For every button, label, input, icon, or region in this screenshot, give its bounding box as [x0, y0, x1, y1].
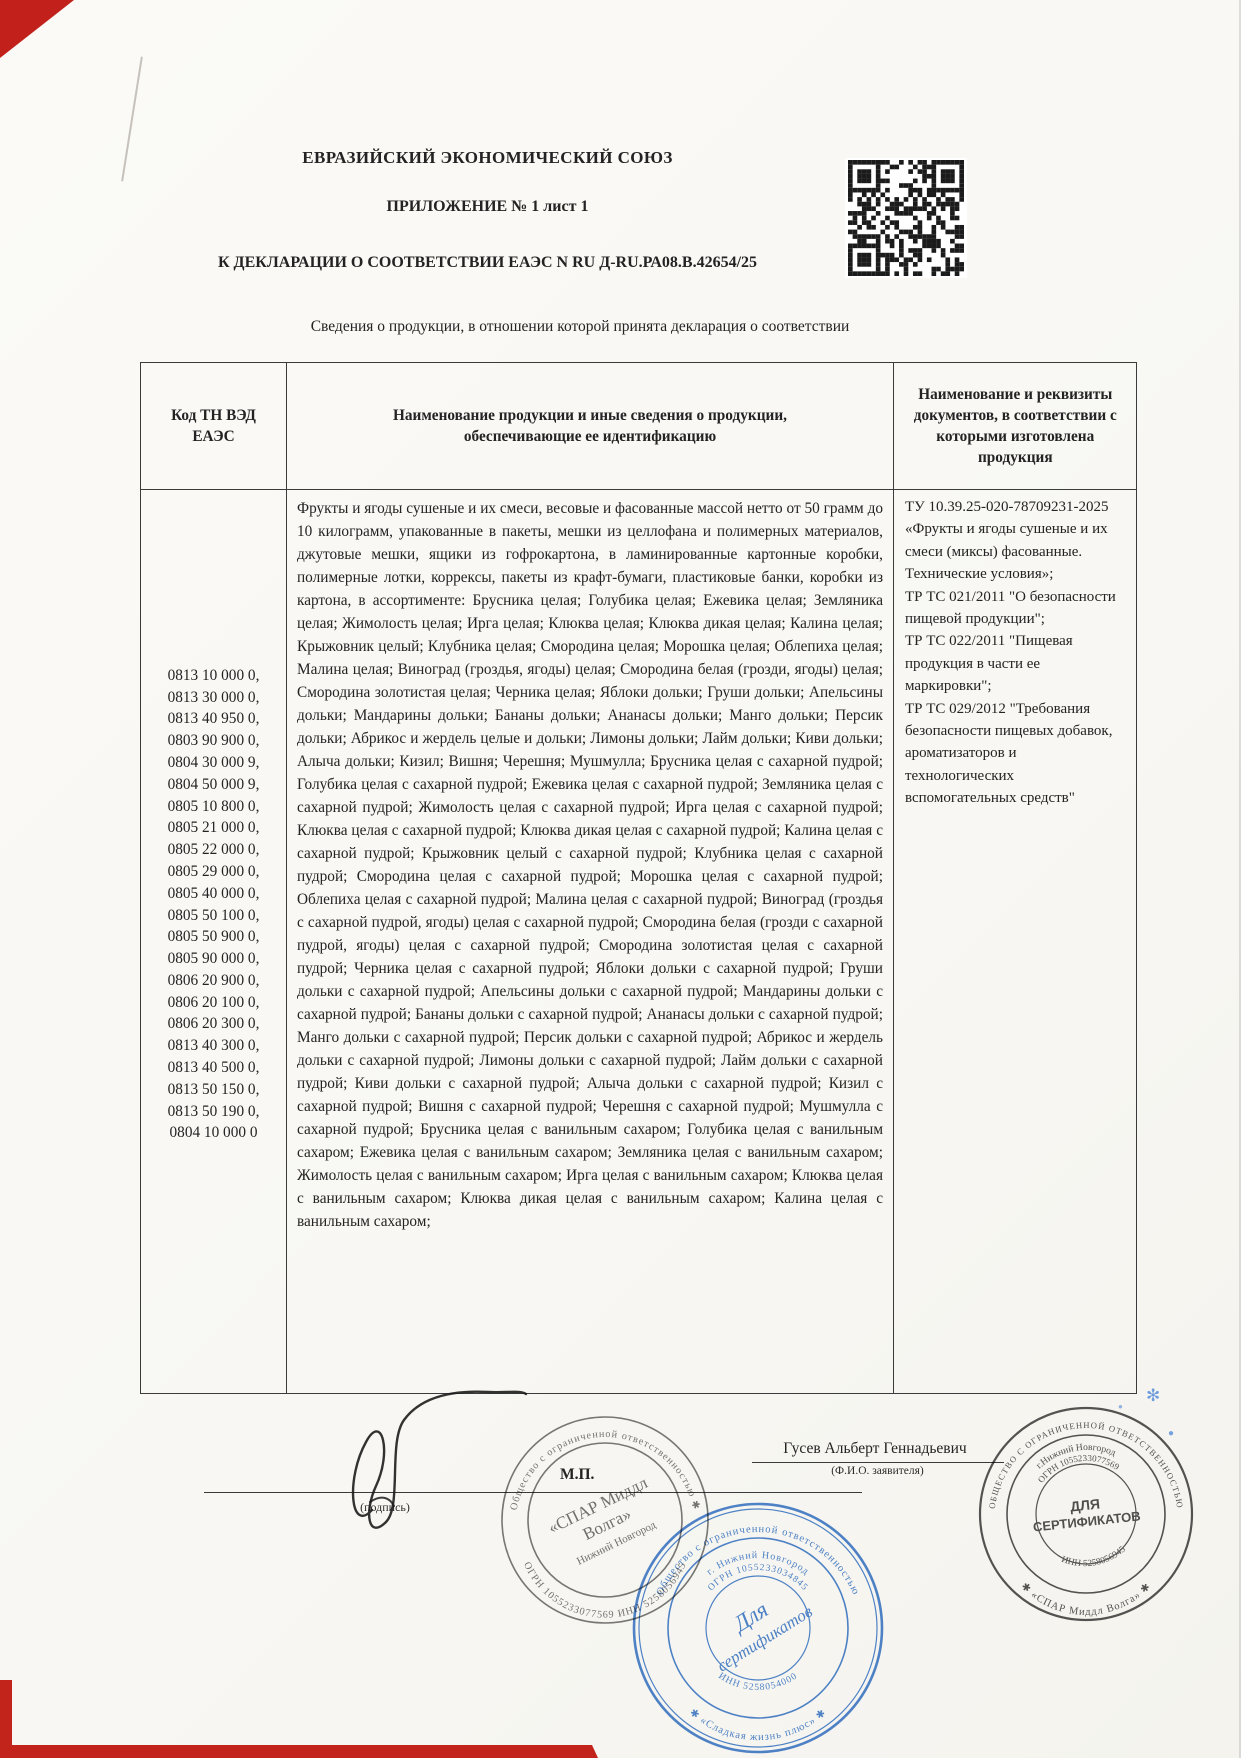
scanned-declaration-page: ЕВРАЗИЙСКИЙ ЭКОНОМИЧЕСКИЙ СОЮЗ ПРИЛОЖЕНИ…: [0, 0, 1241, 1758]
tnved-code: 0813 40 950 0,: [168, 708, 260, 730]
stamp-place-label: М.П.: [560, 1466, 594, 1484]
table-header-row: Код ТН ВЭД ЕАЭС Наименование продукции и…: [141, 363, 1136, 490]
tnved-code: 0804 30 000 9,: [168, 752, 260, 774]
tnved-code: 0804 50 000 9,: [168, 774, 260, 796]
product-description: Фрукты и ягоды сушеные и их смеси, весов…: [287, 490, 894, 1393]
dark-stamp-center-1: ДЛЯ: [1069, 1496, 1100, 1515]
tnved-code: 0803 90 900 0,: [168, 730, 260, 752]
col-header-documents: Наименование и реквизиты документов, в с…: [894, 363, 1137, 489]
annex-title: ПРИЛОЖЕНИЕ № 1 лист 1: [140, 198, 835, 216]
tnved-code: 0813 40 300 0,: [168, 1035, 260, 1057]
tnved-code: 0806 20 900 0,: [168, 970, 260, 992]
tnved-code: 0805 90 000 0,: [168, 948, 260, 970]
red-left-edge: [0, 1680, 12, 1758]
blue-certificates-stamp: Общество с ограниченной ответственностью…: [628, 1498, 888, 1758]
tnved-code: 0804 10 000 0: [170, 1122, 258, 1144]
red-bottom-edge: [0, 1745, 598, 1758]
tnved-code: 0805 50 100 0,: [168, 905, 260, 927]
tnved-code: 0805 10 800 0,: [168, 796, 260, 818]
products-subtitle: Сведения о продукции, в отношении которо…: [180, 318, 980, 336]
document-reference: ТУ 10.39.25-020-78709231-2025 «Фрукты и …: [905, 496, 1121, 586]
products-table: Код ТН ВЭД ЕАЭС Наименование продукции и…: [140, 362, 1137, 1394]
dark-stamp-inn-text: ИНН 5258056945: [1058, 1543, 1129, 1574]
eaeu-title: ЕВРАЗИЙСКИЙ ЭКОНОМИЧЕСКИЙ СОЮЗ: [140, 148, 835, 168]
document-reference: ТР ТС 029/2012 "Требования безопасности …: [905, 698, 1121, 810]
tnved-code: 0805 40 000 0,: [168, 883, 260, 905]
tnved-code: 0805 29 000 0,: [168, 861, 260, 883]
blue-stamp-name-text: ✱ «Сладкая жизнь плюс» ✱: [687, 1706, 829, 1743]
documents-list: ТУ 10.39.25-020-78709231-2025 «Фрукты и …: [894, 490, 1137, 1393]
tnved-code: 0813 40 500 0,: [168, 1057, 260, 1079]
tnved-code: 0806 20 100 0,: [168, 992, 260, 1014]
document-reference: ТР ТС 021/2011 "О безопасности пищевой п…: [905, 586, 1121, 631]
svg-text:✱ «СПАР Миддл Волга» ✱: ✱ «СПАР Миддл Волга» ✱: [1019, 1580, 1154, 1618]
svg-text:ИНН 5258056945: ИНН 5258056945: [1058, 1543, 1129, 1574]
applicant-name: Гусев Альберт Геннадьевич: [735, 1440, 1015, 1458]
tnved-code: 0813 10 000 0,: [168, 665, 260, 687]
qr-code: [845, 158, 967, 278]
blue-stamp-inn-text: ИНН 5258054000: [716, 1670, 799, 1693]
svg-text:✱ «Сладкая жизнь плюс» ✱: ✱ «Сладкая жизнь плюс» ✱: [687, 1706, 829, 1743]
applicant-name-label: (Ф.И.О. заявителя): [790, 1465, 965, 1477]
tnved-code: 0805 50 900 0,: [168, 926, 260, 948]
svg-text:ИНН 5258054000: ИНН 5258054000: [716, 1670, 799, 1693]
applicant-name-line: [752, 1462, 1004, 1463]
table-data-row: 0813 10 000 0,0813 30 000 0,0813 40 950 …: [141, 490, 1136, 1393]
red-corner-mark: [0, 0, 74, 58]
tnved-codes: 0813 10 000 0,0813 30 000 0,0813 40 950 …: [141, 490, 287, 1393]
tnved-code: 0806 20 300 0,: [168, 1013, 260, 1035]
tnved-code: 0813 50 150 0,: [168, 1079, 260, 1101]
tnved-code: 0805 21 000 0,: [168, 817, 260, 839]
tnved-code: 0805 22 000 0,: [168, 839, 260, 861]
col-header-product: Наименование продукции и иные сведения о…: [287, 363, 894, 489]
col-header-tnved: Код ТН ВЭД ЕАЭС: [141, 363, 287, 489]
declaration-number: К ДЕКЛАРАЦИИ О СООТВЕТСТВИИ ЕАЭС N RU Д-…: [140, 254, 835, 272]
document-reference: ТР ТС 022/2011 "Пищевая продукция в част…: [905, 630, 1121, 697]
tnved-code: 0813 50 190 0,: [168, 1101, 260, 1123]
tnved-code: 0813 30 000 0,: [168, 687, 260, 709]
dark-certificates-stamp: ОБЩЕСТВО С ОГРАНИЧЕННОЙ ОТВЕТСТВЕННОСТЬЮ…: [974, 1402, 1198, 1626]
dark-stamp-name-text: ✱ «СПАР Миддл Волга» ✱: [1019, 1580, 1154, 1618]
